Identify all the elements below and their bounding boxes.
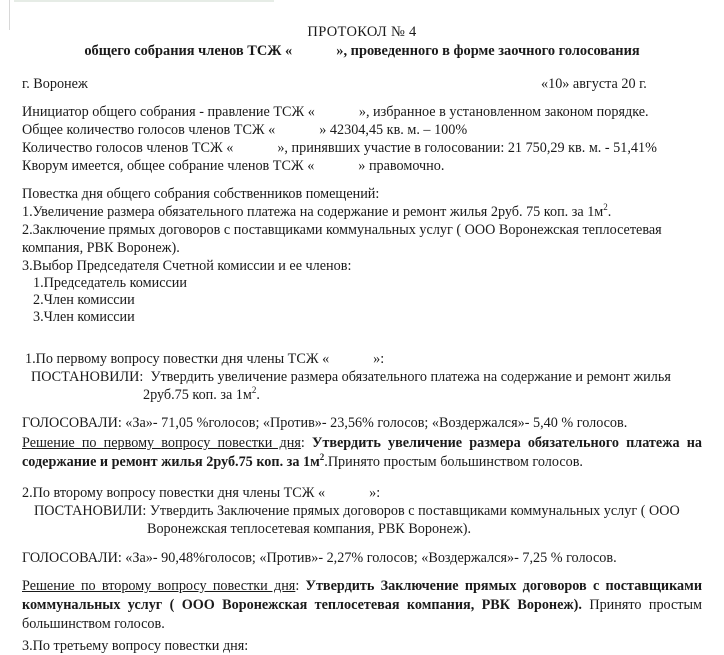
initiator-post: », избранное в установленном законом пор… xyxy=(359,104,649,120)
question-1-decision: Решение по первому вопросу повестки дня:… xyxy=(22,434,702,472)
quorum-line: Кворум имеется, общее собрание членов ТС… xyxy=(22,157,444,175)
question-1-heading-pre: 1.По первому вопросу повестки дня члены … xyxy=(25,351,329,367)
quorum-post: » правомочно. xyxy=(358,158,444,174)
decision-colon: : xyxy=(301,435,312,451)
question-1-votes: ГОЛОСОВАЛИ: «За»- 71,05 %голосов; «Проти… xyxy=(22,414,627,432)
participated-pre: Количество голосов членов ТСЖ « xyxy=(22,140,233,156)
question-2-heading-post: »: xyxy=(369,485,380,501)
agenda-item-3-sub-2: 2.Член комиссии xyxy=(33,291,135,309)
decision-tail: .Принято простым большинством голосов. xyxy=(324,454,583,470)
initiator-pre: Инициатор общего собрания - правление ТС… xyxy=(22,104,315,120)
quorum-pre: Кворум имеется, общее собрание членов ТС… xyxy=(22,158,314,174)
resolved-line-1: Утвердить Заключение прямых договоров с … xyxy=(150,503,680,519)
initiator-line: Инициатор общего собрания - правление ТС… xyxy=(22,103,649,121)
question-2-resolved: ПОСТАНОВИЛИ: Утвердить Заключение прямых… xyxy=(34,502,680,520)
scan-smudge-artifact xyxy=(14,0,274,2)
resolved-line-1: Утвердить увеличение размера обязательно… xyxy=(150,369,670,385)
total-pre: Общее количество голосов членов ТСЖ « xyxy=(22,122,275,138)
question-1-resolved-line-2: 2руб.75 коп. за 1м2. xyxy=(143,386,260,404)
decision-label: Решение по первому вопросу повестки дня xyxy=(22,435,301,451)
decision-label: Решение по второму вопросу повестки дня xyxy=(22,578,295,594)
subtitle-pre: общего собрания членов ТСЖ « xyxy=(84,43,292,59)
subtitle-post: », проведенного в форме заочного голосов… xyxy=(336,43,639,59)
question-2-heading-pre: 2.По второму вопросу повестки дня члены … xyxy=(22,485,325,501)
agenda-item-2-line-2: компания, РВК Воронеж). xyxy=(22,239,180,257)
punctuation: . xyxy=(608,204,612,220)
date: «10» августа 20 г. xyxy=(541,75,647,93)
question-1-resolved: ПОСТАНОВИЛИ: Утвердить увеличение размер… xyxy=(31,368,671,386)
question-2-resolved-line-2: Воронежская теплосетевая компания, РВК В… xyxy=(147,520,471,538)
resolved-line-2: 2руб.75 коп. за 1м xyxy=(143,387,252,403)
agenda-item-1-text: 1.Увеличение размера обязательного плате… xyxy=(22,204,603,220)
document-subtitle: общего собрания членов ТСЖ «», проведенн… xyxy=(0,42,724,60)
question-1-heading: 1.По первому вопросу повестки дня члены … xyxy=(25,350,384,368)
agenda-item-2-line-1: 2.Заключение прямых договоров с поставщи… xyxy=(22,221,662,239)
participated-post: », принявших участие в голосовании: 21 7… xyxy=(277,140,657,156)
decision-colon: : xyxy=(295,578,305,594)
agenda-item-3-sub-1: 1.Председатель комиссии xyxy=(33,274,187,292)
document-title: ПРОТОКОЛ № 4 xyxy=(0,23,724,41)
question-2-votes: ГОЛОСОВАЛИ: «За»- 90,48%голосов; «Против… xyxy=(22,549,617,567)
participated-votes-line: Количество голосов членов ТСЖ «», приняв… xyxy=(22,139,657,157)
resolved-label: ПОСТАНОВИЛИ: xyxy=(31,369,143,385)
total-votes-line: Общее количество голосов членов ТСЖ «» 4… xyxy=(22,121,467,139)
question-3-heading: 3.По третьему вопросу повестки дня: xyxy=(22,637,248,655)
total-post: » 42304,45 кв. м. – 100% xyxy=(319,122,467,138)
punctuation: . xyxy=(256,387,260,403)
question-1-heading-post: »: xyxy=(373,351,384,367)
agenda-item-1: 1.Увеличение размера обязательного плате… xyxy=(22,203,611,221)
agenda-item-3: 3.Выбор Председателя Счетной комиссии и … xyxy=(22,257,351,275)
question-2-heading: 2.По второму вопросу повестки дня члены … xyxy=(22,484,380,502)
question-2-decision: Решение по второму вопросу повестки дня:… xyxy=(22,577,702,634)
agenda-heading: Повестка дня общего собрания собственник… xyxy=(22,185,379,203)
resolved-label: ПОСТАНОВИЛИ: xyxy=(34,503,146,519)
city: г. Воронеж xyxy=(22,75,88,93)
agenda-item-3-sub-3: 3.Член комиссии xyxy=(33,308,135,326)
